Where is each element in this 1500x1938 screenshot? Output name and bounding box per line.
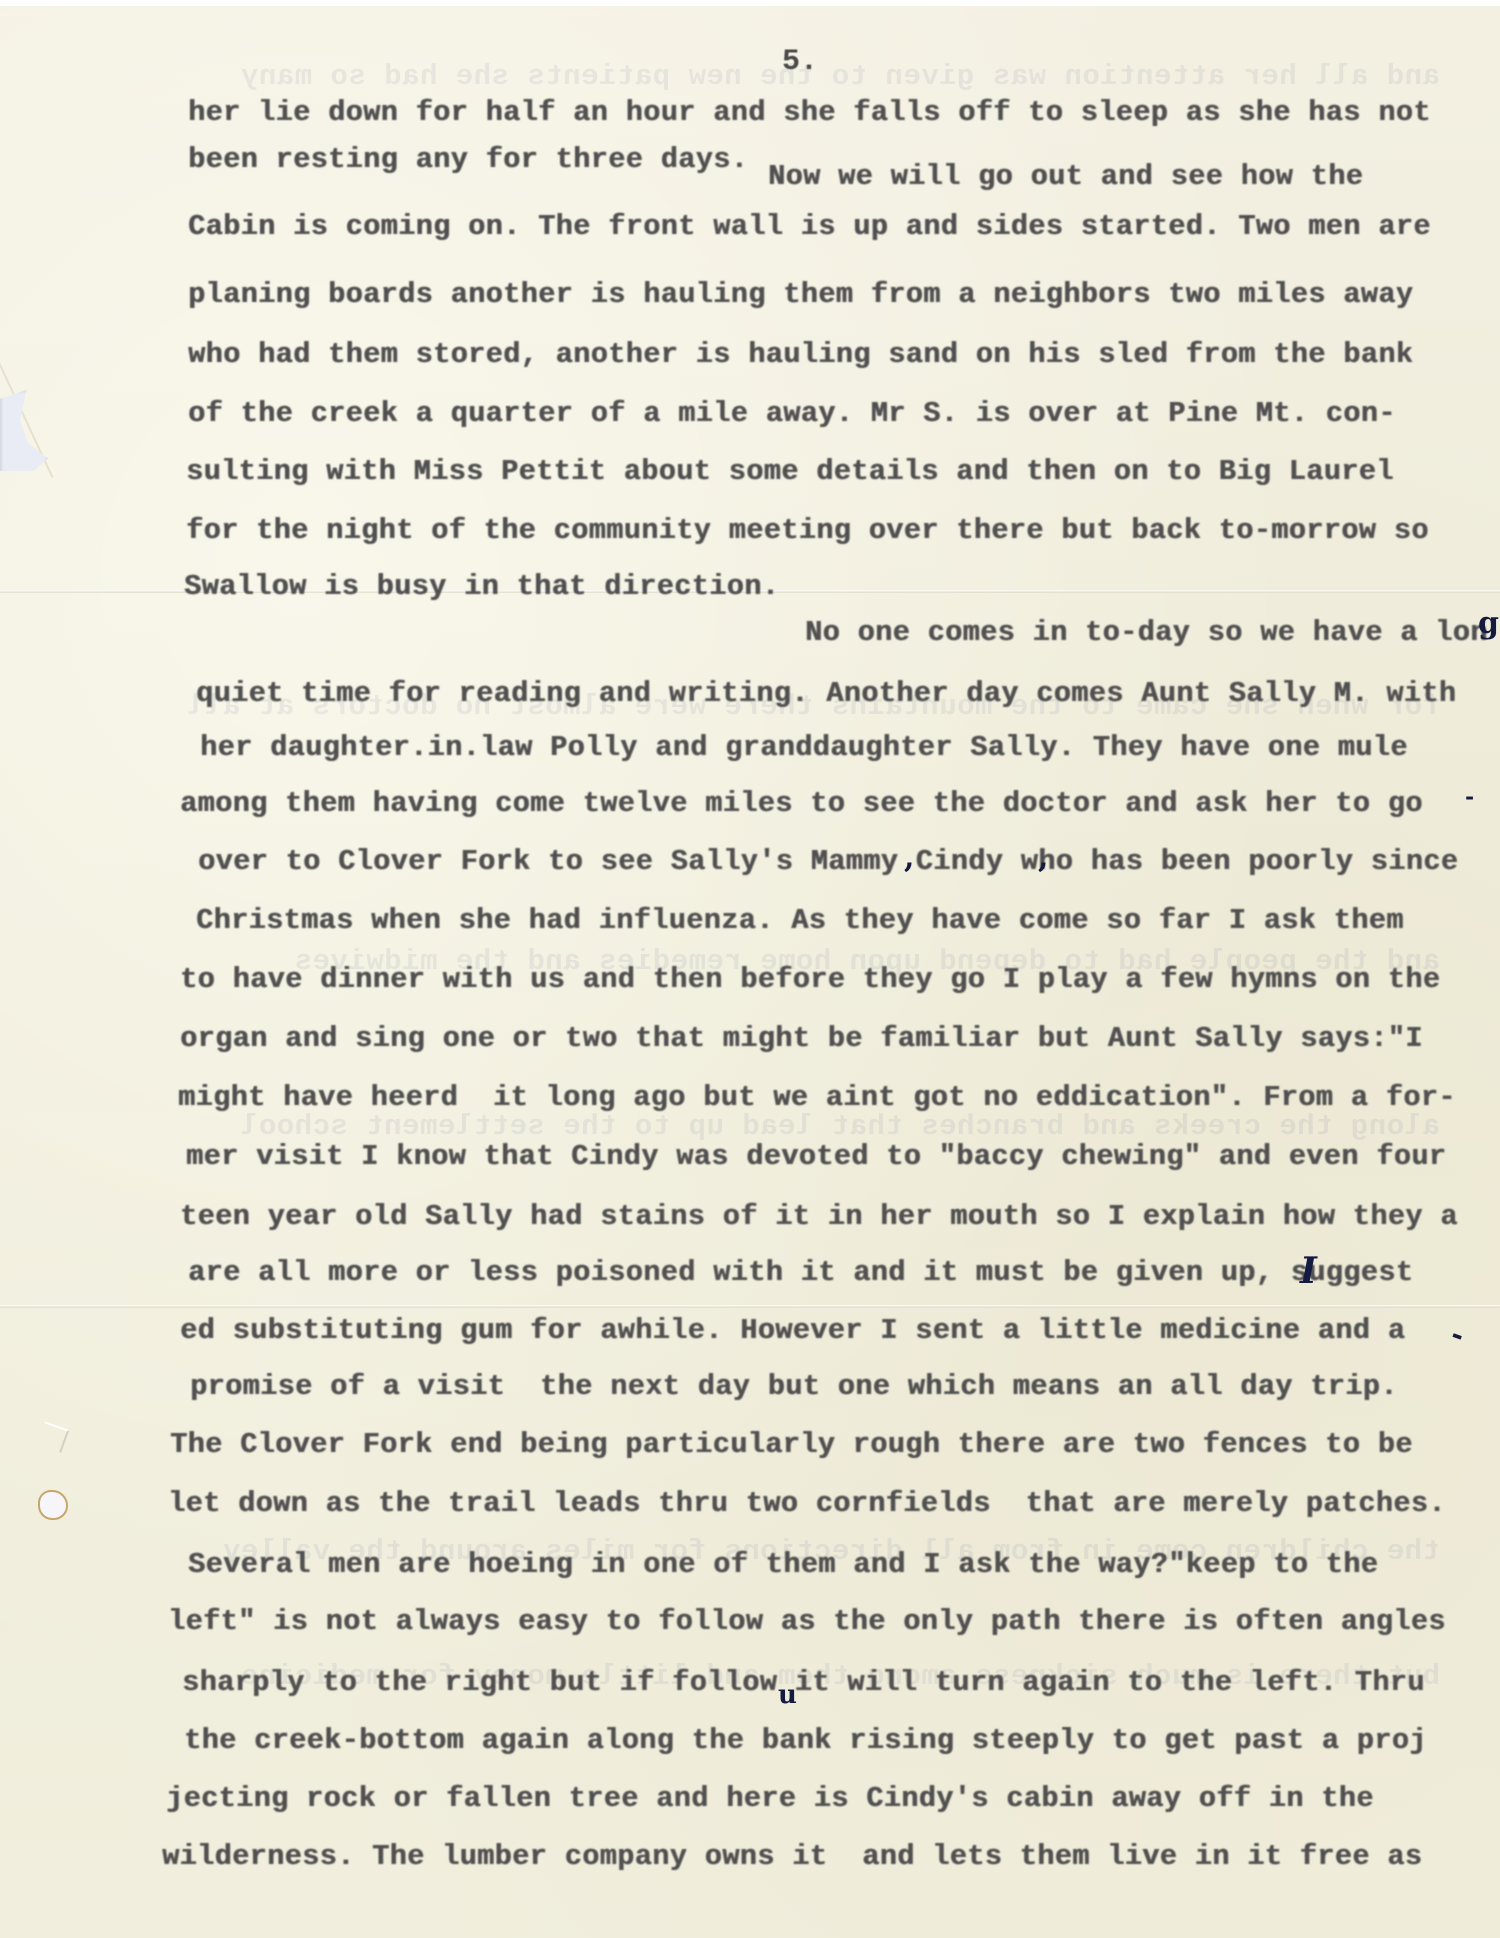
show-through-text: and all her attention was given to the n…	[40, 60, 1440, 93]
text-line: sulting with Miss Pettit about some deta…	[186, 455, 1394, 488]
text-line: left" is not always easy to follow as th…	[168, 1605, 1446, 1638]
handwritten-g-insert: g	[1478, 606, 1499, 641]
text-line: who had them stored, another is hauling …	[188, 338, 1413, 371]
text-line: among them having come twelve miles to s…	[180, 787, 1423, 820]
text-line: the creek-bottom again along the bank ri…	[184, 1724, 1427, 1757]
show-through-text: along the creeks and branches that lead …	[40, 1110, 1440, 1143]
text-line: mer visit I know that Cindy was devoted …	[186, 1140, 1446, 1173]
page-number: 5.	[782, 45, 818, 79]
text-line: might have heerd it long ago but we aint…	[178, 1081, 1456, 1114]
text-line: for the night of the community meeting o…	[186, 514, 1429, 547]
paper-hole	[38, 1490, 68, 1520]
text-line: Now we will go out and see how the	[768, 160, 1363, 193]
handwritten-comma: ,	[904, 840, 914, 875]
text-line: Swallow is busy in that direction.	[184, 570, 779, 603]
text-line: Cabin is coming on. The front wall is up…	[188, 210, 1431, 243]
text-line: to have dinner with us and then before t…	[180, 963, 1440, 996]
text-line: sharply to the right but if follow it wi…	[182, 1666, 1425, 1699]
paper-damage-mark	[37, 1421, 70, 1452]
text-line: been resting any for three days.	[188, 143, 748, 176]
text-line: The Clover Fork end being particularly r…	[170, 1428, 1413, 1461]
handwritten-I-insert: I	[1300, 1250, 1317, 1292]
text-line: No one comes in to-day so we have a lon	[805, 616, 1488, 649]
text-line: teen year old Sally had stains of it in …	[180, 1200, 1458, 1233]
text-line: organ and sing one or two that might be …	[180, 1022, 1423, 1055]
text-line: over to Clover Fork to see Sally's Mammy…	[198, 845, 1458, 878]
paper-fold-line	[0, 1305, 1500, 1308]
text-line: ed substituting gum for awhile. However …	[180, 1314, 1405, 1347]
text-line: Several men are hoeing in one of them an…	[188, 1548, 1378, 1581]
text-line: wilderness. The lumber company owns it a…	[162, 1840, 1422, 1873]
text-line: are all more or less poisoned with it an…	[188, 1256, 1413, 1289]
text-line: Christmas when she had influenza. As the…	[196, 904, 1404, 937]
text-line: quiet time for reading and writing. Anot…	[196, 677, 1456, 710]
text-line: her daughter.in.law Polly and granddaugh…	[200, 731, 1408, 764]
text-line: let down as the trail leads thru two cor…	[168, 1487, 1446, 1520]
text-line: jecting rock or fallen tree and here is …	[166, 1782, 1374, 1815]
text-line: promise of a visit the next day but one …	[190, 1370, 1398, 1403]
document-page: and all her attention was given to the n…	[0, 0, 1500, 1938]
text-line: of the creek a quarter of a mile away. M…	[188, 397, 1396, 430]
handwritten-dot-mark: -	[1465, 784, 1474, 810]
text-line: her lie down for half an hour and she fa…	[188, 96, 1431, 129]
handwritten-u-insert: u	[778, 1680, 797, 1710]
handwritten-strike-mark: -	[1447, 1317, 1469, 1352]
scan-top-edge	[0, 0, 1500, 6]
text-line: planing boards another is hauling them f…	[188, 278, 1413, 311]
handwritten-comma: ,	[1038, 840, 1048, 875]
